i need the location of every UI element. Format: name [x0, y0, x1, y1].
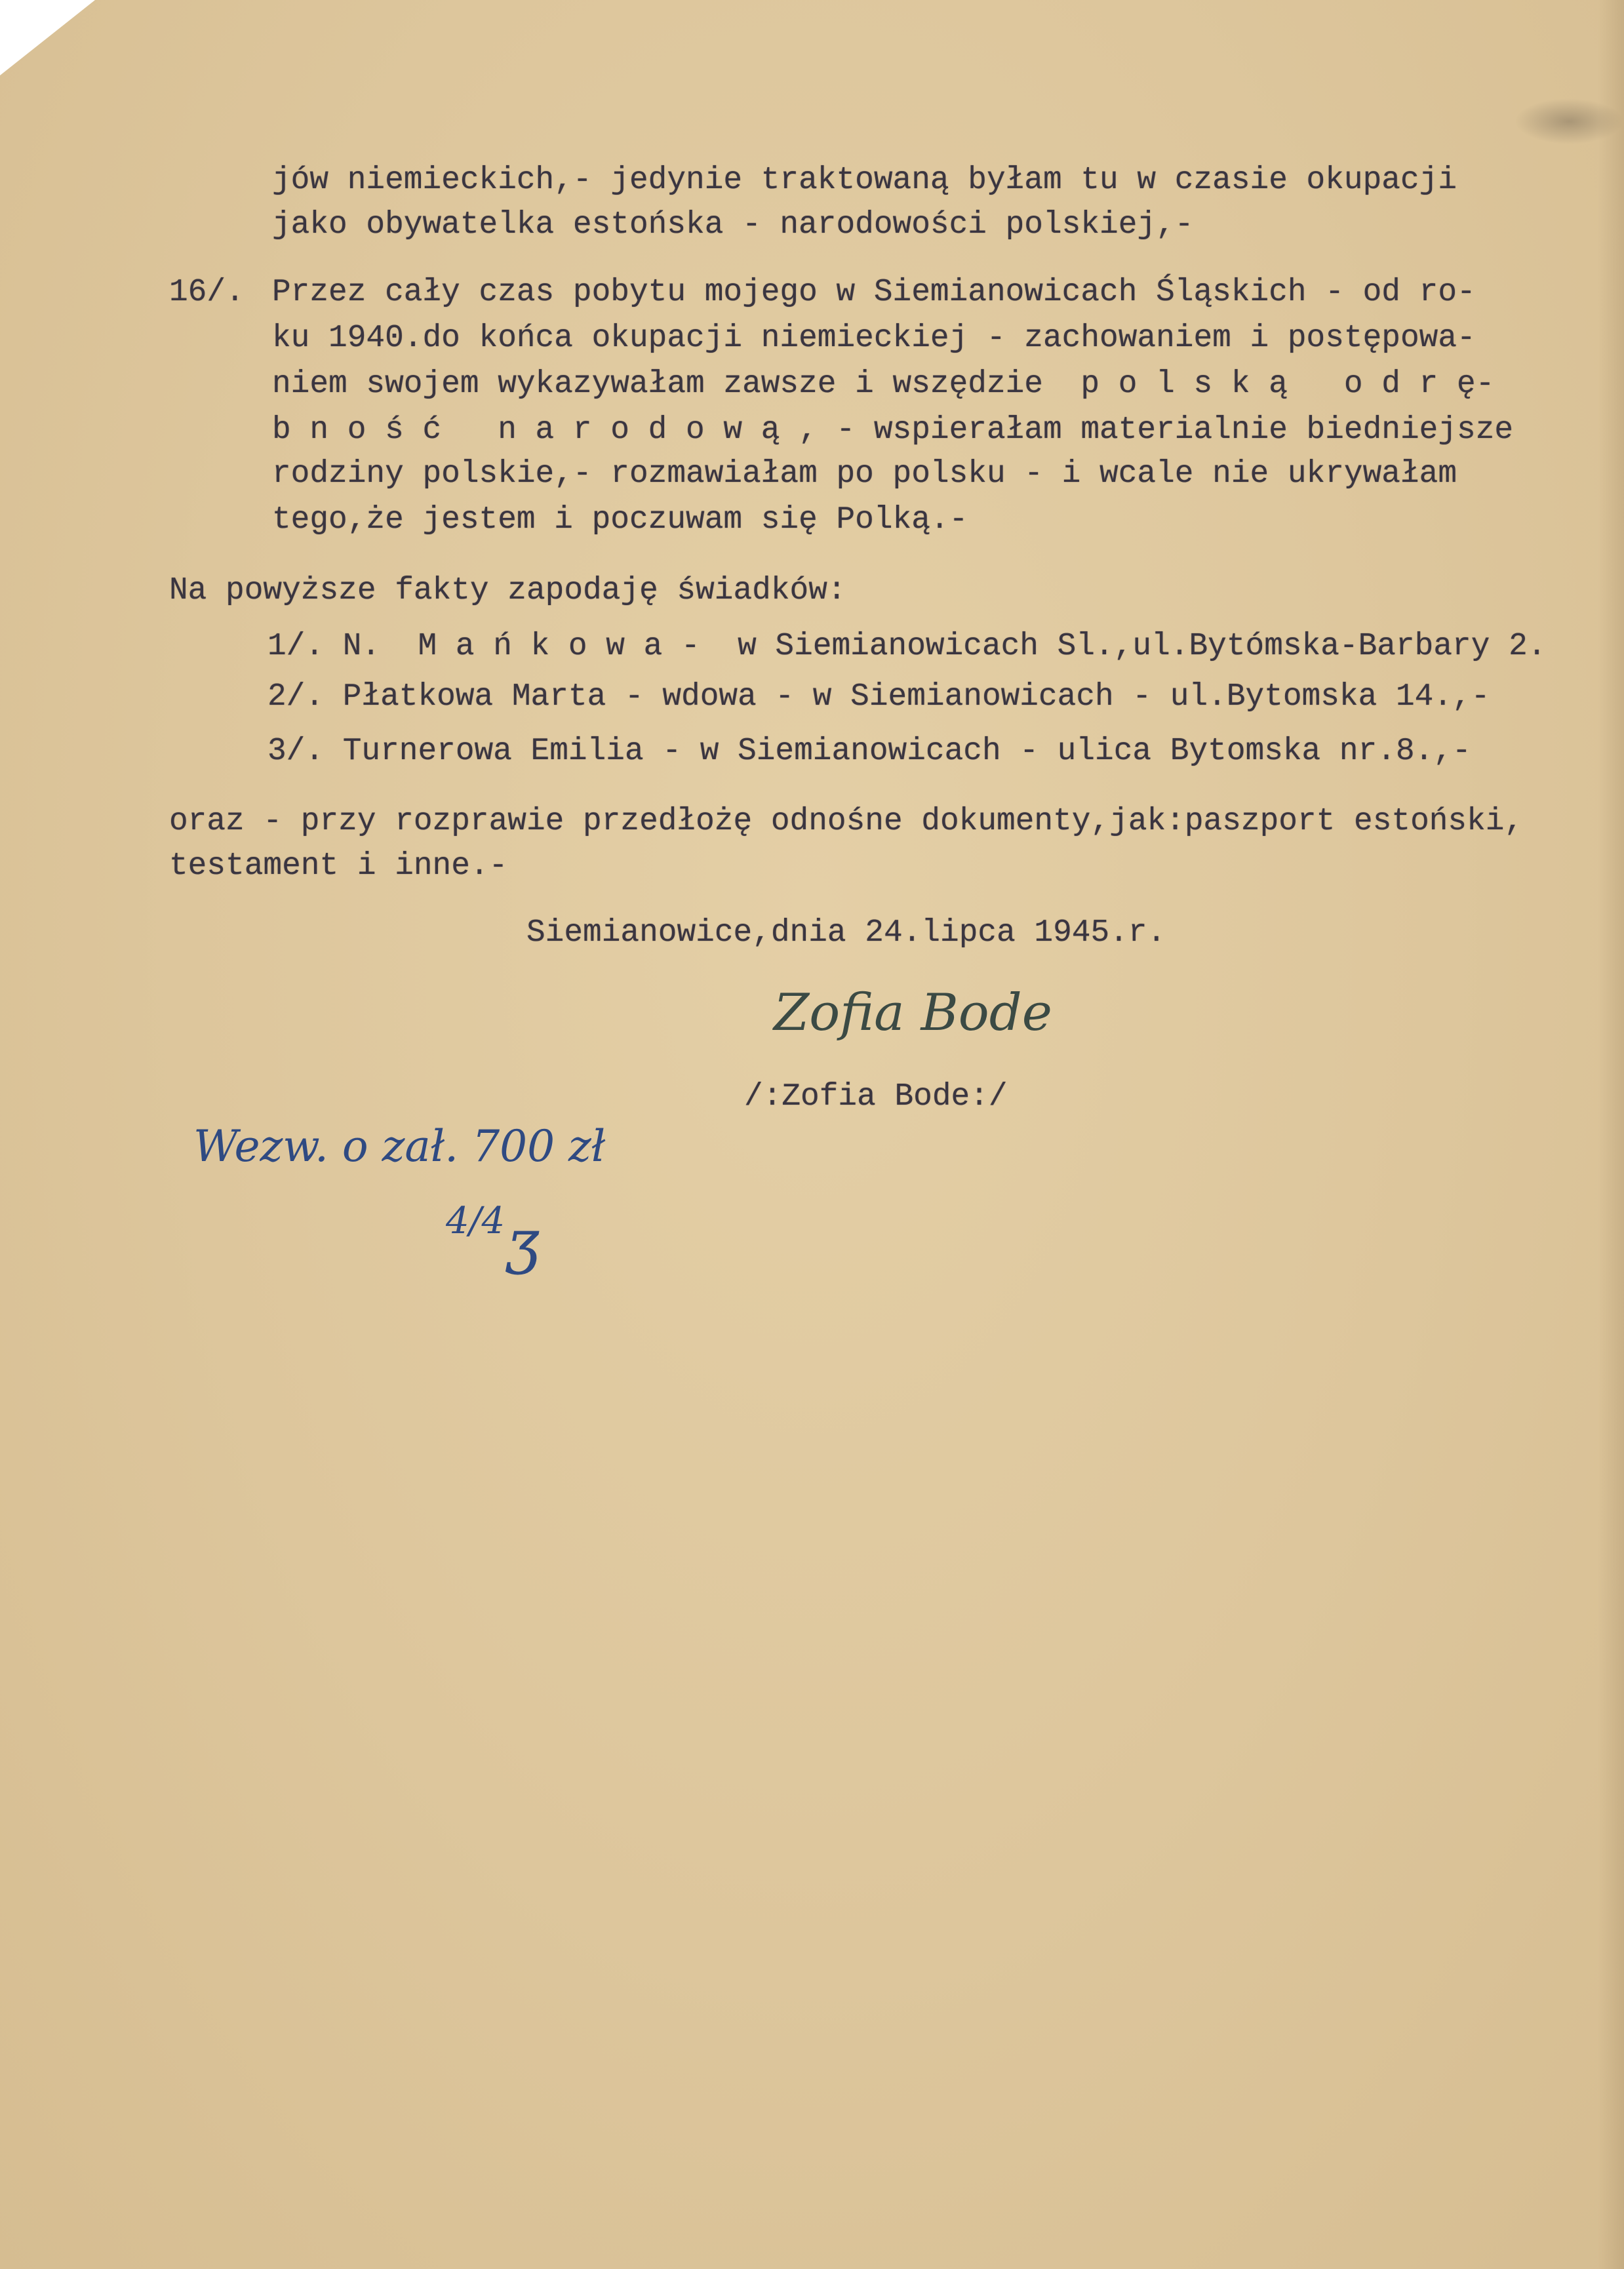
handwritten-annotation-fraction: 4/4 [446, 1200, 505, 1242]
handwritten-signature: Zofia Bode [774, 983, 1052, 1042]
continuation-line-2: jako obywatelka estońska - narodowości p… [272, 210, 1193, 241]
continuation-line-1: jów niemieckich,- jedynie traktowaną był… [272, 165, 1457, 197]
typed-signature: /:Zofia Bode:/ [744, 1082, 1008, 1113]
item-16-line-1: Przez cały czas pobytu mojego w Siemiano… [272, 277, 1476, 309]
witness-1: 1/. N. M a ń k o w a - w Siemianowicach … [267, 631, 1546, 663]
item-16-line-5: rodziny polskie,- rozmawiałam po polsku … [272, 459, 1457, 490]
item-16-line-6: tego,że jestem i poczuwam się Polką.- [272, 505, 968, 536]
handwritten-annotation: Wezw. o zał. 700 zł [193, 1121, 605, 1172]
item-number: 16/. [169, 277, 245, 309]
closing-line-2: testament i inne.- [169, 851, 507, 882]
handwritten-initial: Ʒ [506, 1219, 540, 1288]
item-16-line-4: b n o ś ć n a r o d o w ą , - wspierałam… [272, 415, 1513, 446]
closing-line-1: oraz - przy rozprawie przedłożę odnośne … [169, 806, 1523, 838]
ink-smudge [1515, 98, 1624, 144]
witness-3: 3/. Turnerowa Emilia - w Siemianowicach … [267, 736, 1471, 768]
witnesses-intro: Na powyższe fakty zapodaję świadków: [169, 576, 846, 607]
witness-2: 2/. Płatkowa Marta - wdowa - w Siemianow… [267, 682, 1490, 713]
item-16-line-3: niem swojem wykazywałam zawsze i wszędzi… [272, 369, 1494, 401]
place-date: Siemianowice,dnia 24.lipca 1945.r. [526, 918, 1166, 949]
item-16-line-2: ku 1940.do końca okupacji niemieckiej - … [272, 323, 1476, 355]
